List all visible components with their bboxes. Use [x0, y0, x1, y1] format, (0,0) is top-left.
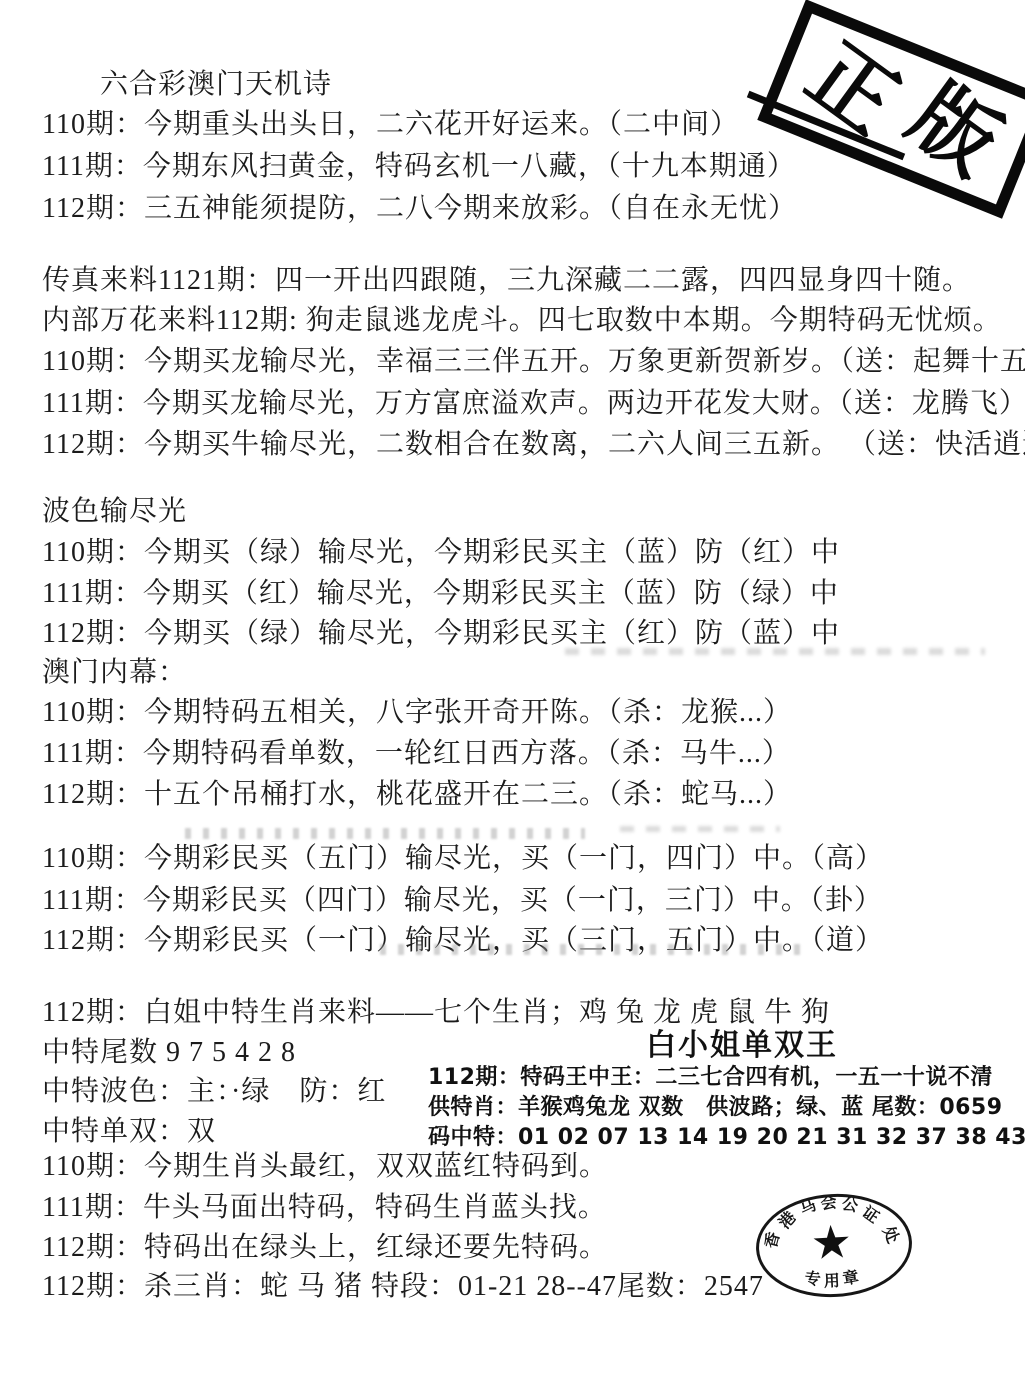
doc-line: 110期：今期买（绿）输尽光，今期彩民买主（蓝）防（红）中 [42, 538, 840, 569]
certification-seal: 香 港 马 会 公 证 处 ★ 专 用 章 [753, 1190, 914, 1301]
smudge-artifact [565, 648, 985, 655]
seal-bottom-char: 章 [841, 1269, 860, 1288]
doc-line: 111期：今期买龙输尽光，万方富庶溢欢声。两边开花发大财。（送：龙腾飞） [42, 389, 1025, 420]
doc-line: 111期：今期东风扫黄金，特码玄机一八藏，（十九本期通） [42, 152, 796, 183]
doc-line: 111期：今期彩民买（四门）输尽光，买（一门，三门）中。（卦） [42, 886, 883, 917]
seal-bottom-char: 专 [804, 1271, 821, 1288]
smudge-artifact [185, 828, 585, 839]
seal-arc-char: 会 [820, 1194, 838, 1212]
doc-line: 110期：今期彩民买（五门）输尽光，买（一门，四门）中。（高） [42, 844, 884, 875]
doc-line: 112期：今期买牛输尽光，二数相合在数离，二六人间三五新。 （送：快活逍遥） [42, 430, 1025, 461]
seal-arc-char: 处 [880, 1224, 901, 1245]
doc-line: 112期：特码出在绿头上，红绿还要先特码。 [42, 1233, 608, 1264]
section-header-neimu: 澳门内幕： [42, 658, 187, 689]
doc-line: 112期：十五个吊桶打水，桃花盛开在二三。（杀：蛇马...） [42, 780, 792, 811]
doc-line: 111期：今期特码看单数，一轮红日西方落。（杀：马牛...） [42, 739, 791, 770]
zhengban-char: 版 [896, 71, 1013, 188]
doc-line: 110期：今期特码五相关，八字张开奇开陈。（杀：龙猴...） [42, 698, 792, 729]
seal-arc-char: 证 [859, 1204, 881, 1226]
smudge-artifact [620, 826, 780, 832]
fax-page: 六合彩澳门天机诗 110期：今期重头出头日，二六花开好运来。（二中间） 111期… [0, 0, 1025, 1388]
seal-arc-char: 马 [797, 1197, 818, 1218]
section-header-bose: 波色输尽光 [42, 497, 187, 528]
doc-line: 111期：牛头马面出特码，特码生肖蓝头找。 [42, 1193, 607, 1224]
seal-arc-char: 港 [776, 1209, 799, 1232]
right-block-line: 供特肖：羊猴鸡兔龙 双数 供波路；绿、蓝 尾数：0659 [428, 1090, 1003, 1121]
doc-line: 110期：今期生肖头最红，双双蓝红特码到。 [42, 1152, 608, 1183]
doc-line: 112期：杀三肖：蛇 马 猪 特段：01-21 28--47尾数：2547 [42, 1272, 764, 1303]
smudge-artifact [380, 944, 810, 955]
doc-line: 112期：三五神能须提防，二八今期来放彩。（自在永无忧） [42, 194, 797, 225]
seal-bottom-char: 用 [823, 1273, 840, 1290]
right-block-line: 码中特：01 02 07 13 14 19 20 21 31 32 37 38 … [428, 1120, 1025, 1151]
doc-line: 传真来料1121期：四一开出四跟随，三九深藏二二露，四四显身四十随。 [42, 266, 971, 297]
doc-line: 中特尾数 9 7 5 4 2 8 [42, 1038, 296, 1069]
doc-line: 中特单双：双 [42, 1117, 216, 1148]
doc-line: 中特波色：主：·绿 防：红 [42, 1077, 386, 1108]
doc-line: 110期：今期重头出头日，二六花开好运来。（二中间） [42, 110, 739, 141]
right-block-line: 112期：特码王中王：二三七合四有机，一五一十说不清 [428, 1060, 993, 1091]
doc-line: 112期：今期买（绿）输尽光，今期彩民买主（红）防（蓝）中 [42, 619, 840, 650]
doc-line: 内部万花来料112期: 狗走鼠逃龙虎斗。四七取数中本期。今期特码无忧烦。 [42, 306, 1002, 337]
star-icon: ★ [810, 1218, 854, 1266]
seal-arc-char: 公 [841, 1196, 860, 1215]
doc-line: 110期：今期买龙输尽光，幸福三三伴五开。万象更新贺新岁。（送：起舞十五夜） [42, 347, 1025, 378]
page-title: 六合彩澳门天机诗 [100, 70, 332, 101]
doc-line: 111期：今期买（红）输尽光，今期彩民买主（蓝）防（绿）中 [42, 579, 839, 610]
zhengban-char: 正 [794, 30, 911, 147]
right-block-heading: 白小姐单双王 [646, 1020, 838, 1064]
seal-arc-char: 香 [763, 1230, 783, 1250]
